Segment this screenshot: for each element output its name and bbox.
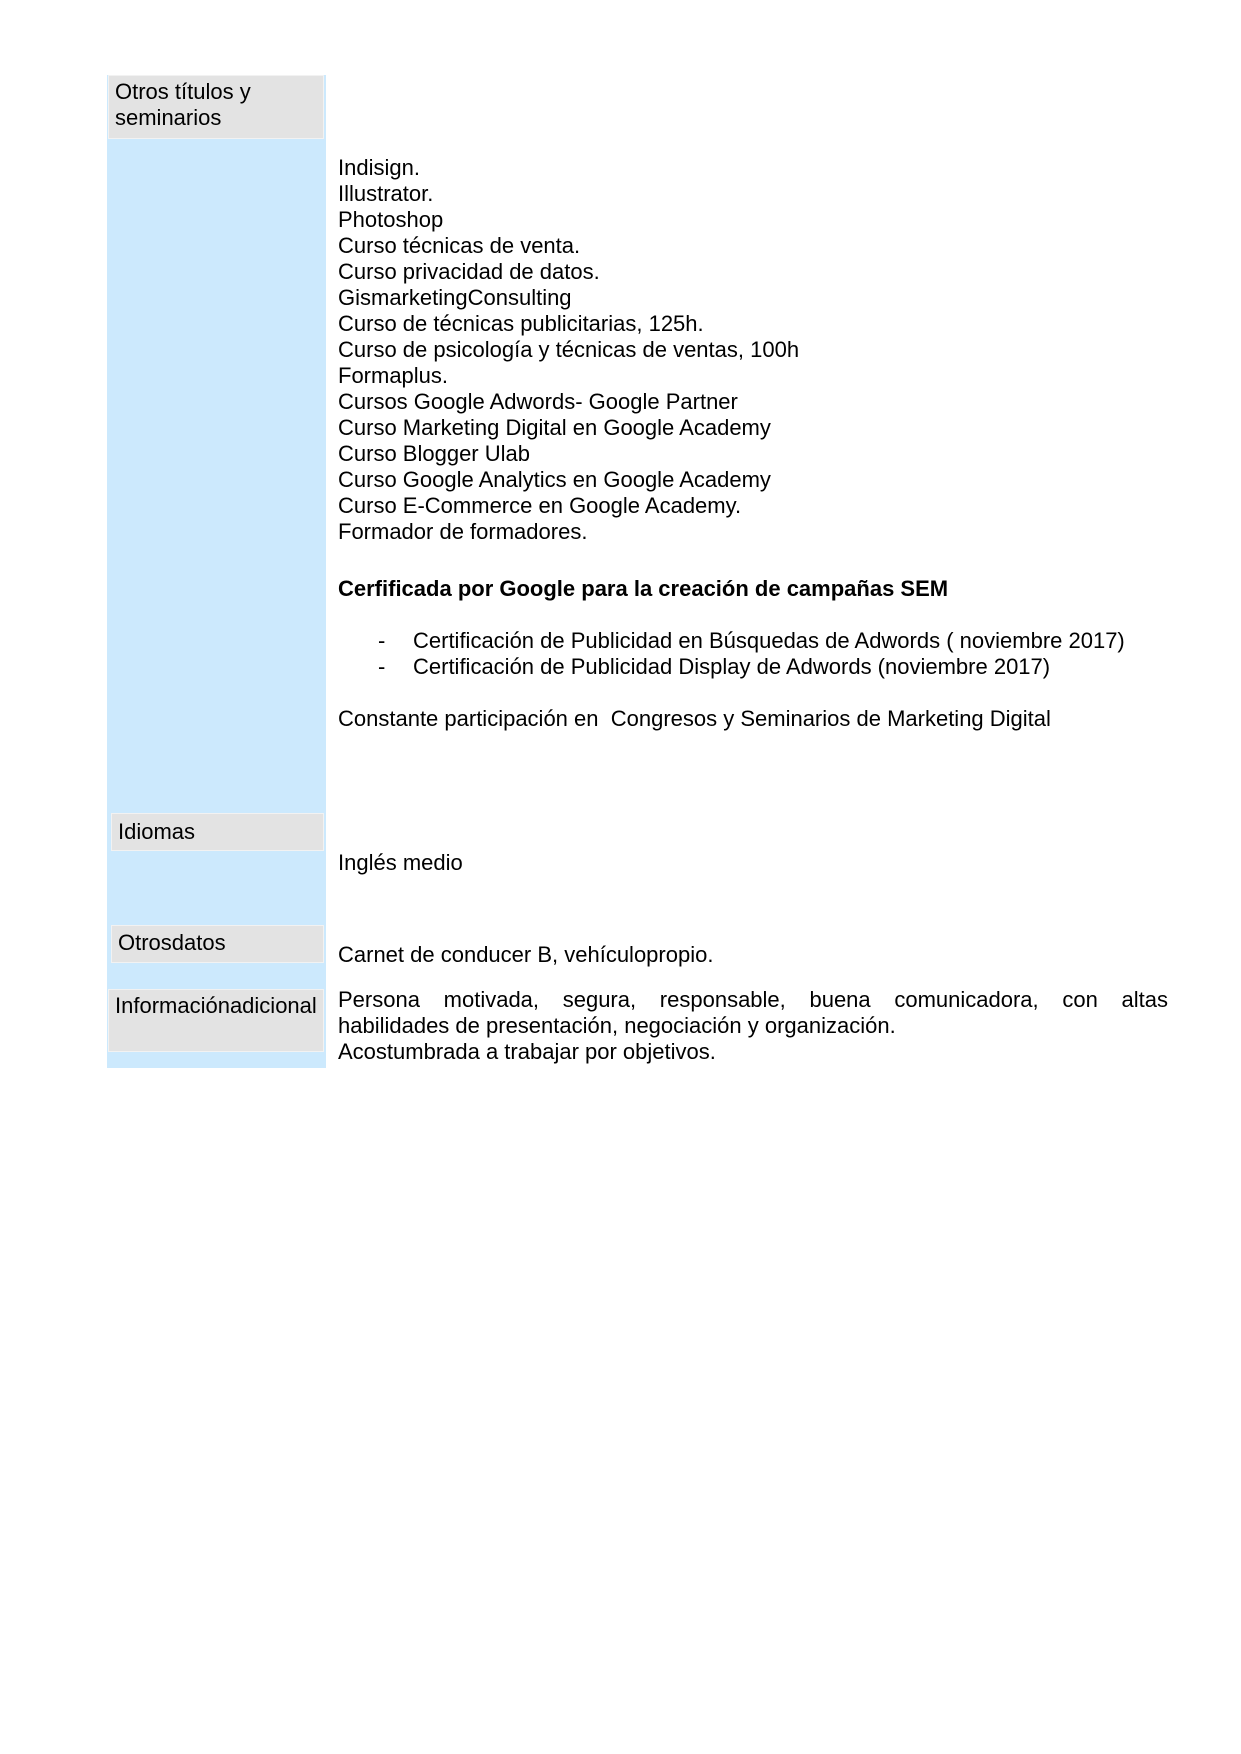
additional-info-line: Acostumbrada a trabajar por objetivos. (338, 1039, 1168, 1065)
course-item: Curso privacidad de datos. (338, 259, 799, 285)
course-item: Curso E-Commerce en Google Academy. (338, 493, 799, 519)
congress-note: Constante participación en Congresos y S… (338, 706, 1051, 732)
course-item: Formador de formadores. (338, 519, 799, 545)
label-column (107, 75, 326, 1068)
certification-heading: Cerfificada por Google para la creación … (338, 576, 948, 602)
certification-text: Certificación de Publicidad en Búsquedas… (413, 628, 1125, 654)
course-item: Indisign. (338, 155, 799, 181)
dash-bullet-icon: - (378, 654, 385, 680)
language-value: Inglés medio (338, 850, 463, 876)
course-item: Curso Marketing Digital en Google Academ… (338, 415, 799, 441)
course-item: Curso de técnicas publicitarias, 125h. (338, 311, 799, 337)
additional-info: Persona motivada, segura, responsable, b… (338, 987, 1168, 1065)
section-label-otros-datos: Otrosdatos (111, 925, 324, 963)
certification-text: Certificación de Publicidad Display de A… (413, 654, 1050, 680)
course-item: Curso Google Analytics en Google Academy (338, 467, 799, 493)
additional-info-line: Persona motivada, segura, responsable, b… (338, 987, 1168, 1013)
course-item: Curso de psicología y técnicas de ventas… (338, 337, 799, 363)
course-item: Cursos Google Adwords- Google Partner (338, 389, 799, 415)
course-item: Photoshop (338, 207, 799, 233)
section-label-idiomas: Idiomas (111, 813, 324, 851)
course-item: Illustrator. (338, 181, 799, 207)
section-label-otros-titulos: Otros títulos y seminarios (108, 75, 324, 139)
course-item: Curso técnicas de venta. (338, 233, 799, 259)
course-item: Curso Blogger Ulab (338, 441, 799, 467)
course-list: Indisign. Illustrator. Photoshop Curso t… (338, 155, 799, 545)
additional-info-line: habilidades de presentación, negociación… (338, 1013, 1168, 1039)
course-item: GismarketingConsulting (338, 285, 799, 311)
dash-bullet-icon: - (378, 628, 385, 654)
other-data-value: Carnet de conducer B, vehículopropio. (338, 942, 713, 968)
course-item: Formaplus. (338, 363, 799, 389)
section-label-informacion-adicional: Informaciónadicional (108, 989, 324, 1052)
